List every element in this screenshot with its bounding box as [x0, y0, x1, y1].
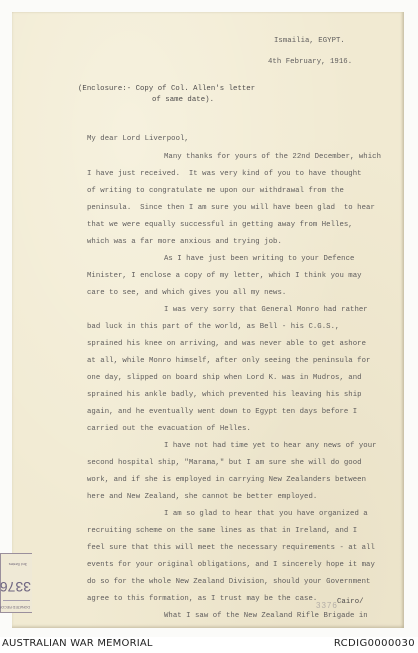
- enclosure-note-line-1: (Enclosure:- Copy of Col. Allen's letter: [78, 84, 255, 94]
- catchword: Cairo/: [337, 597, 364, 607]
- enclosure-note-line-2: of same date).: [152, 95, 214, 105]
- letter-date: 4th February, 1916.: [268, 57, 352, 67]
- paragraph-6-first-line: What I saw of the New Zealand Rifle Brig…: [164, 611, 368, 621]
- stamp-divider: [3, 600, 30, 601]
- donated-records-stamp: DONATED RECORDS LIST 3376 3rd Series: [0, 553, 32, 613]
- record-reference: RCDIG0000030: [334, 638, 415, 649]
- paragraph-3-line: at all, while Monro himself, after only …: [87, 356, 370, 366]
- pencil-archive-number: 3376: [316, 601, 338, 610]
- stamp-number: 3376: [0, 579, 31, 595]
- paragraph-2-line: Minister, I enclose a copy of my letter,…: [87, 271, 362, 281]
- paragraph-1-line: of writing to congratulate me upon our w…: [87, 186, 344, 196]
- stamp-series: 3rd Series: [9, 562, 27, 567]
- paragraph-1-line: which was a far more anxious and trying …: [87, 237, 282, 247]
- paragraph-2-line: care to see, and which gives you all my …: [87, 288, 286, 298]
- paragraph-1-first-line: Many thanks for yours of the 22nd Decemb…: [164, 152, 381, 162]
- paragraph-3-line: bad luck in this part of the world, as B…: [87, 322, 339, 332]
- institution-name: AUSTRALIAN WAR MEMORIAL: [2, 638, 153, 649]
- paragraph-1-line: peninsula. Since then I am sure you will…: [87, 203, 375, 213]
- paragraph-4-line: second hospital ship, "Marama," but I am…: [87, 458, 362, 468]
- paragraph-3-line: sprained his knee on arriving, and was n…: [87, 339, 366, 349]
- paragraph-5-line: feel sure that this will meet the necess…: [87, 543, 375, 553]
- paragraph-3-line: again, and he eventually went down to Eg…: [87, 407, 357, 417]
- paragraph-5-line: recruiting scheme on the same lines as t…: [87, 526, 357, 536]
- paragraph-4-first-line: I have not had time yet to hear any news…: [164, 441, 377, 451]
- paragraph-3-first-line: I was very sorry that General Monro had …: [164, 305, 368, 315]
- letter-place: Ismailia, EGYPT.: [274, 36, 345, 46]
- paragraph-3-line: one day, slipped on board ship when Lord…: [87, 373, 362, 383]
- archive-footer: AUSTRALIAN WAR MEMORIAL RCDIG0000030: [0, 637, 418, 653]
- paragraph-5-line: agree to this formation, as I trust may …: [87, 594, 317, 604]
- paragraph-5-line: do so for the whole New Zealand Division…: [87, 577, 370, 587]
- paragraph-1-line: I have just received. It was very kind o…: [87, 169, 362, 179]
- paragraph-3-line: sprained his ankle badly, which prevente…: [87, 390, 362, 400]
- paragraph-5-first-line: I am so glad to hear that you have organ…: [164, 509, 368, 519]
- paragraph-2-first-line: As I have just been writing to your Defe…: [164, 254, 354, 264]
- paragraph-4-line: here and New Zealand, she cannot be bett…: [87, 492, 317, 502]
- paragraph-4-line: work, and if she is employed in carrying…: [87, 475, 366, 485]
- paragraph-1-line: that we were equally successful in getti…: [87, 220, 353, 230]
- stamp-title: DONATED RECORDS LIST: [0, 605, 30, 609]
- salutation: My dear Lord Liverpool,: [87, 134, 189, 144]
- paragraph-5-line: events for your original obligations, an…: [87, 560, 375, 570]
- paragraph-3-line: carried out the evacuation of Helles.: [87, 424, 251, 434]
